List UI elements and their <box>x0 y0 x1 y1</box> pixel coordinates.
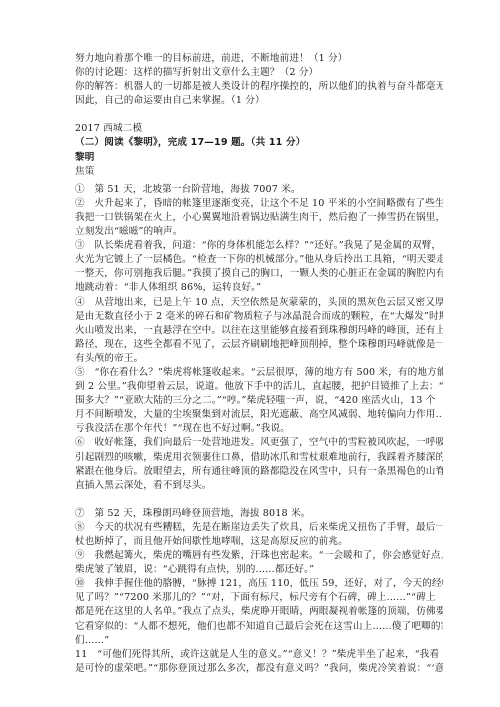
text-line: ① 第 51 天，北坡第一台阶营地，海拔 7007 米。 <box>75 183 443 197</box>
text-line: 们……” <box>75 634 443 648</box>
paragraph-8: ⑧ 今天的状况有些糟糕，先是在断崖边丢失了炊具，后来柴虎又扭伤了手臂，最后一副雪… <box>75 521 443 549</box>
text-line: 火光为它镀上了一层橘色。“检查一下你的机械部分。”他从身后拎出工具箱，“明天要走 <box>75 253 443 267</box>
text-line: ③ 队长柴虎看着我，问道：“你的身体机能怎么样？”“还好。”我晃了晃金属的双臂， <box>75 239 443 253</box>
text-line: 我把一口铁锅架在火上，小心翼翼地沿着锅边贴满生肉干，然后抱了一捧雪扔在锅里，铁锅 <box>75 211 443 225</box>
text-line: 柴虎皱了皱眉，说：“心跳得有点快，别的……都还好。” <box>75 563 443 577</box>
text-line: 是由无数直径小于 2 毫米的碎石和矿物质粒子与冰晶混合而成的颗粒，在“大爆发”时… <box>75 310 443 324</box>
text-line: ② 火升起来了，昏暗的帐篷里逐渐变亮，让这个不足 10 平米的小空间略微有了些生… <box>75 197 443 211</box>
answer-line: 因此，自己的命运要由自己来掌握。（1 分） <box>75 94 443 108</box>
text-line: 它看穿似的：“人都不想死，他们也都不知道自己最后会死在这雪山上……傻了吧唧的家伙 <box>75 620 443 634</box>
paragraph-7: ⑦ 第 52 天，珠穆朗玛峰登顶营地，海拔 8018 米。 <box>75 507 443 521</box>
text-line: 火山喷发出来，一直悬浮在空中。以往在这里能够直接看到珠穆朗玛峰的峰顶，还有上去的 <box>75 324 443 338</box>
paragraph-5: ⑤ “你在看什么？”柴虎将帐篷收起来。“云层很厚，薄的地方有 500 米，有的地… <box>75 366 443 436</box>
paragraph-2: ② 火升起来了，昏暗的帐篷里逐渐变亮，让这个不足 10 平米的小空间略微有了些生… <box>75 197 443 239</box>
text-line: 11 “可他们死得其所，或许这就是人生的意义。”“意义！？”柴虎半坐了起来，“我… <box>75 648 443 662</box>
document-page: 努力地向着那个唯一的目标前进，前进，不断地前进！（1 分） 你的讨论题：这样的描… <box>75 52 443 676</box>
article-title: 黎明 <box>75 151 443 165</box>
text-line: 亏我没活在那个年代！”“现在也不好过啊。”我说。 <box>75 422 443 436</box>
paragraph-1: ① 第 51 天，北坡第一台阶营地，海拔 7007 米。 <box>75 183 443 197</box>
text-line: 是可怜的虚荣吧。”“那你登顶过那么多次，都没有意义吗？”我问，柴虎冷笑着说：“‘… <box>75 662 443 676</box>
text-line: ⑧ 今天的状况有些糟糕，先是在断崖边丢失了炊具，后来柴虎又扭伤了手臂，最后一副雪 <box>75 521 443 535</box>
text-line: 立刻发出“嗞嗞”的响声。 <box>75 225 443 239</box>
text-line: 杖也断掉了，而且他开始间歇性地哮喘，这是高原反应的前兆。 <box>75 535 443 549</box>
text-line: 一整天，你可别拖我后腿。”我摸了摸自己的胸口，一颗人类的心脏正在金属的胸腔内有力 <box>75 267 443 281</box>
paragraph-4: ④ 从营地出来，已是上午 10 点，天空依然是灰蒙蒙的，头顶的黑灰色云层又密又厚… <box>75 296 443 366</box>
text-line: 努力地向着那个唯一的目标前进，前进，不断地前进！（1 分） <box>75 52 443 66</box>
text-line: 直插入黑云深处，看不到尽头。 <box>75 479 443 493</box>
text-line: 都是死在这里的人名单。”我点了点头，柴虎睁开眼睛，两眼凝视着帐篷的顶端，仿佛要把 <box>75 605 443 619</box>
text-line: 引起剧烈的咳嗽，柴虎用衣领裹住口鼻，借助冰爪和雪杖艰难地前行，我踩着齐膝深的雪， <box>75 451 443 465</box>
text-line: 月不间断喷发，大量的尘埃聚集到对流层，阳光遮蔽、高空风减弱、地转偏向力作用……幸 <box>75 408 443 422</box>
section-break <box>75 493 443 507</box>
text-line: 紧跟在他身后。放眼望去，所有通往峰顶的路都隐没在风雪中，只有一条黑褐色的山脊，直 <box>75 465 443 479</box>
text-line: ⑦ 第 52 天，珠穆朗玛峰登顶营地，海拔 8018 米。 <box>75 507 443 521</box>
paragraph-6: ⑥ 收好帐篷，我们向最后一处营地进发。风更强了，空气中的雪粒被风吹起，一呼吸就会… <box>75 436 443 492</box>
text-line: ⑥ 收好帐篷，我们向最后一处营地进发。风更强了，空气中的雪粒被风吹起，一呼吸就会 <box>75 436 443 450</box>
text-line: ④ 从营地出来，已是上午 10 点，天空依然是灰蒙蒙的，头顶的黑灰色云层又密又厚… <box>75 296 443 310</box>
paragraph-9: ⑨ 我燃起篝火，柴虎的嘴唇有些发紫，汗珠也密起来。“一会暖和了，你会感觉好点儿的… <box>75 549 443 577</box>
text-line: 围多大？”“亚欧大陆的三分之二。”“哼。”柴虎轻嗤一声，说，“420 座活火山，… <box>75 394 443 408</box>
exam-source: 2017 西城二模 <box>75 122 443 136</box>
spacer <box>75 108 443 122</box>
text-line: 到 2 公里。”我仰望着云层，说道。他放下手中的活儿，直起腰，把护目镜推了上去：… <box>75 380 443 394</box>
answer-line: 你的解答：机器人的一切都是被人类设计的程序操控的，所以他们的执着与奋斗都毫无意义… <box>75 80 443 94</box>
text-line: 有头颅的帝王。 <box>75 352 443 366</box>
paragraph-3: ③ 队长柴虎看着我，问道：“你的身体机能怎么样？”“还好。”我晃了晃金属的双臂，… <box>75 239 443 295</box>
discussion-question: 你的讨论题：这样的描写折射出文章什么主题？（2 分） <box>75 66 443 80</box>
text-line: ⑨ 我燃起篝火，柴虎的嘴唇有些发紫，汗珠也密起来。“一会暖和了，你会感觉好点儿的… <box>75 549 443 563</box>
text-line: 路径，现在，这些全都看不见了，云层齐刷刷地把峰顶削掉，整个珠穆朗玛峰就像是一个没 <box>75 338 443 352</box>
paragraph-10: ⑩ 我伸手握住他的胳膊，“脉搏 121，高压 110，低压 59，还好，对了，今… <box>75 577 443 647</box>
article-body: ① 第 51 天，北坡第一台阶营地，海拔 7007 米。 ② 火升起来了，昏暗的… <box>75 183 443 676</box>
text-line: ⑩ 我伸手握住他的胳膊，“脉搏 121，高压 110，低压 59，还好，对了，今… <box>75 577 443 591</box>
previous-section: 努力地向着那个唯一的目标前进，前进，不断地前进！（1 分） 你的讨论题：这样的描… <box>75 52 443 108</box>
article-author: 焦策 <box>75 165 443 179</box>
text-line: 地跳动着：“非人体组织 86%，运转良好。” <box>75 281 443 295</box>
text-line: ⑤ “你在看什么？”柴虎将帐篷收起来。“云层很厚，薄的地方有 500 米，有的地… <box>75 366 443 380</box>
paragraph-11: 11 “可他们死得其所，或许这就是人生的意义。”“意义！？”柴虎半坐了起来，“我… <box>75 648 443 676</box>
text-line: 见了吗？”“7200 米那儿的？”“对，下面有标尺，标尺旁有个石碑，碑上……”“… <box>75 591 443 605</box>
question-heading: （二）阅读《黎明》，完成 17—19 题。（共 11 分） <box>75 136 443 150</box>
